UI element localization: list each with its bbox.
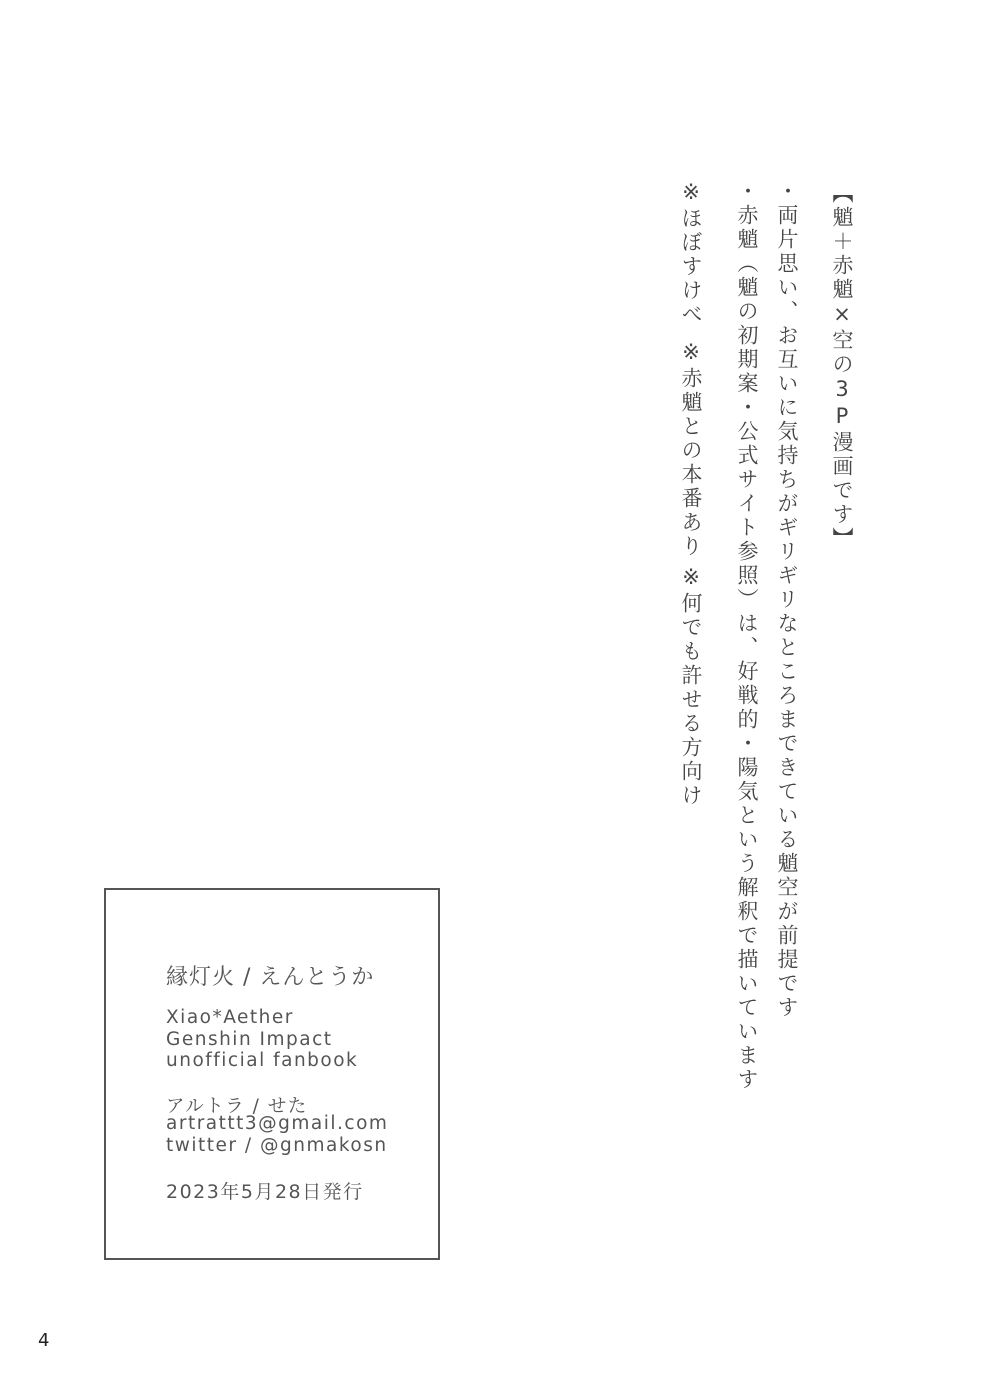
fandom: Genshin Impact — [166, 1029, 333, 1050]
book-type: unofficial fanbook — [166, 1050, 358, 1071]
warning-3: ※何でも許せる方向け — [680, 565, 701, 808]
twitter-handle: twitter / @gnmakosn — [166, 1135, 388, 1156]
page-heading: 【魈＋赤魈×空の3P漫画です】 — [831, 182, 852, 551]
book-title: 縁灯火 / えんとうか — [166, 960, 374, 991]
colophon-box: 縁灯火 / えんとうか Xiao*Aether Genshin Impact u… — [104, 888, 440, 1260]
email: artrattt3@gmail.com — [166, 1113, 388, 1134]
note-interpretation: ・赤魈（魈の初期案・公式サイト参照）は、好戦的・陽気という解釈で描いています — [736, 180, 757, 1092]
note-premise: ・両片思い、お互いに気持ちがギリギリなところまできている魈空が前提です — [776, 180, 797, 1020]
warning-1: ※ほぼすけべ — [680, 180, 701, 327]
pairing: Xiao*Aether — [166, 1007, 294, 1028]
publish-date: 2023年5月28日発行 — [166, 1177, 364, 1204]
warning-2: ※赤魈との本番あり — [680, 340, 701, 559]
page-number: 4 — [38, 1330, 49, 1351]
